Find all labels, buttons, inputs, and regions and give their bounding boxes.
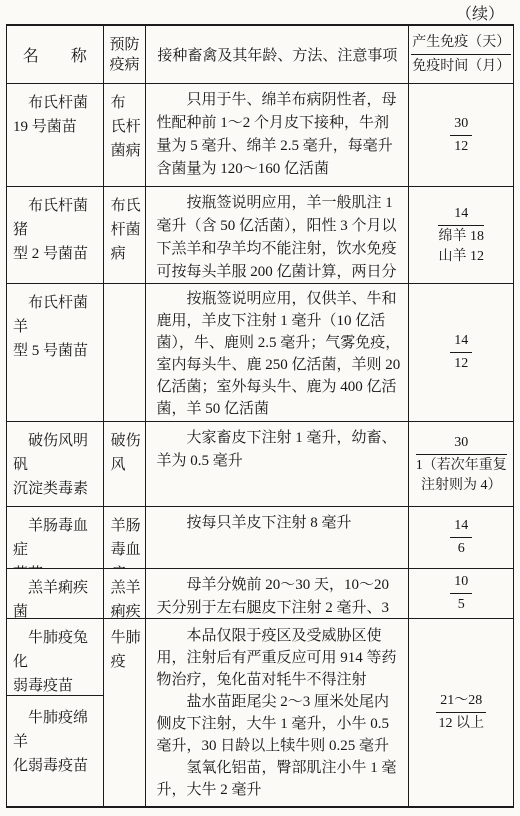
table-header-row: 名 称 预防 疫病 接种畜禽及其年龄、方法、注意事项 产生免疫（天） 免疫时间（…	[7, 26, 513, 84]
immunity-months: 12 以上	[436, 713, 486, 734]
immunity-cell: 30 1（若次年重复 注射则为 4）	[409, 422, 513, 506]
immunity-cell: 10 5	[409, 569, 513, 618]
vaccine-table: 名 称 预防 疫病 接种畜禽及其年龄、方法、注意事项 产生免疫（天） 免疫时间（…	[6, 24, 514, 808]
header-immunity-bottom: 免疫时间（月）	[411, 55, 511, 77]
method-paragraph: 按瓶签说明应用，仅供羊、牛和鹿用，羊皮下注射 1 毫升（10 亿活菌），牛、鹿则…	[156, 288, 400, 420]
vaccine-name: 布氏杆菌猪 型 2 号菌苗	[7, 187, 104, 283]
disease-name: 布 氏杆 菌病	[104, 84, 147, 186]
immunity-days: 21～28	[436, 691, 486, 713]
method-cell: 只用于牛、绵羊布病阴性者，母性配种前 1～2 个月皮下接种，牛剂量为 5 毫升、…	[146, 84, 409, 186]
immunity-cell: 21～28 12 以上	[409, 619, 513, 806]
disease-name: 羊肠 毒血 症	[104, 507, 147, 568]
method-cell: 按每只羊皮下注射 8 毫升	[146, 507, 409, 568]
immunity-cell: 14 绵羊 18 山羊 12	[409, 187, 513, 283]
immunity-months: 12	[450, 136, 472, 157]
immunity-days: 30	[416, 433, 507, 455]
vaccine-name: 牛肺疫兔化 弱毒疫苗	[7, 619, 103, 696]
vaccine-name: 羊肠毒血症 菌苗	[7, 507, 104, 568]
method-cell: 大家畜皮下注射 1 毫升，幼畜、羊为 0.5 毫升	[146, 422, 409, 506]
immunity-days: 14	[450, 331, 472, 353]
table-row: 布氏杆菌猪 型 2 号菌苗 布氏 杆菌 病 按瓶签说明应用，羊一般肌注 1 毫升…	[7, 187, 513, 284]
immunity-cell: 30 12	[409, 84, 513, 186]
immunity-months: 绵羊 18 山羊 12	[438, 226, 484, 267]
vaccine-name: 布氏杆菌 19 号菌苗	[7, 84, 104, 186]
header-immunity: 产生免疫（天） 免疫时间（月）	[409, 26, 513, 83]
header-name: 名 称	[7, 26, 104, 83]
method-cell: 按瓶签说明应用，羊一般肌注 1 毫升（含 50 亿活菌），阳性 3 个月以下羔羊…	[146, 187, 409, 283]
method-paragraph: 盐水苗距尾尖 2～3 厘米处尾内侧皮下注射，大牛 1 毫升，小牛 0.5 毫升，…	[156, 691, 400, 757]
header-immunity-top: 产生免疫（天）	[411, 32, 511, 55]
table-row: 破伤风明矾 沉淀类毒素 破伤 风 大家畜皮下注射 1 毫升，幼畜、羊为 0.5 …	[7, 422, 513, 507]
method-cell: 本品仅限于疫区及受威胁区使用，注射后有严重反应可用 914 等药物治疗，兔化苗对…	[146, 619, 409, 806]
table-row: 羊肠毒血症 菌苗 羊肠 毒血 症 按每只羊皮下注射 8 毫升 14 6	[7, 507, 513, 569]
disease-name: 羔羊 痢疾	[104, 569, 147, 618]
header-method: 接种畜禽及其年龄、方法、注意事项	[146, 26, 409, 83]
disease-name: 牛肺 疫	[104, 619, 147, 806]
immunity-days: 10	[450, 572, 472, 594]
continued-label: （续）	[456, 1, 504, 24]
table-row: 布氏杆菌羊 型 5 号菌苗 按瓶签说明应用，仅供羊、牛和鹿用，羊皮下注射 1 毫…	[7, 284, 513, 422]
method-cell: 按瓶签说明应用，仅供羊、牛和鹿用，羊皮下注射 1 毫升（10 亿活菌），牛、鹿则…	[146, 284, 409, 421]
immunity-days: 14	[438, 204, 484, 226]
disease-name: 布氏 杆菌 病	[104, 187, 147, 283]
immunity-months: 1（若次年重复 注射则为 4）	[416, 455, 507, 496]
disease-name	[104, 284, 147, 421]
method-paragraph: 本品仅限于疫区及受威胁区使用，注射后有严重反应可用 914 等药物治疗，兔化苗对…	[156, 625, 400, 691]
method-paragraph: 大家畜皮下注射 1 毫升，幼畜、羊为 0.5 毫升	[156, 427, 400, 473]
immunity-months: 12	[450, 353, 472, 374]
method-paragraph: 只用于牛、绵羊布病阴性者，母性配种前 1～2 个月皮下接种，牛剂量为 5 毫升、…	[156, 89, 400, 181]
vaccine-name-split-cell: 牛肺疫兔化 弱毒疫苗 牛肺疫绵羊 化弱毒疫苗	[7, 619, 104, 806]
immunity-days: 14	[450, 516, 472, 538]
method-paragraph: 母羊分娩前 20～30 天，10～20 天分别于左右腿皮下注射 2 毫升、3 毫…	[156, 574, 400, 618]
method-paragraph: 氢氧化铝苗，臀部肌注小牛 1 毫升，大牛 2 毫升	[156, 757, 400, 801]
table-row: 布氏杆菌 19 号菌苗 布 氏杆 菌病 只用于牛、绵羊布病阴性者，母性配种前 1…	[7, 84, 513, 187]
method-paragraph: 按每只羊皮下注射 8 毫升	[156, 512, 400, 535]
disease-name: 破伤 风	[104, 422, 147, 506]
method-cell: 母羊分娩前 20～30 天，10～20 天分别于左右腿皮下注射 2 毫升、3 毫…	[146, 569, 409, 618]
immunity-months: 6	[450, 538, 472, 559]
immunity-cell: 14 6	[409, 507, 513, 568]
method-paragraph: 按瓶签说明应用，羊一般肌注 1 毫升（含 50 亿活菌），阳性 3 个月以下羔羊…	[156, 192, 400, 283]
table-row: 牛肺疫兔化 弱毒疫苗 牛肺疫绵羊 化弱毒疫苗 牛肺 疫 本品仅限于疫区及受威胁区…	[7, 619, 513, 806]
vaccine-name: 破伤风明矾 沉淀类毒素	[7, 422, 104, 506]
vaccine-name: 羔羊痢疾菌 苗	[7, 569, 104, 618]
immunity-months: 5	[450, 594, 472, 615]
table-row: 羔羊痢疾菌 苗 羔羊 痢疾 母羊分娩前 20～30 天，10～20 天分别于左右…	[7, 569, 513, 619]
immunity-days: 30	[450, 114, 472, 136]
immunity-cell: 14 12	[409, 284, 513, 421]
vaccine-name: 牛肺疫绵羊 化弱毒疫苗	[7, 696, 103, 806]
vaccine-name: 布氏杆菌羊 型 5 号菌苗	[7, 284, 104, 421]
header-disease: 预防 疫病	[104, 26, 147, 83]
